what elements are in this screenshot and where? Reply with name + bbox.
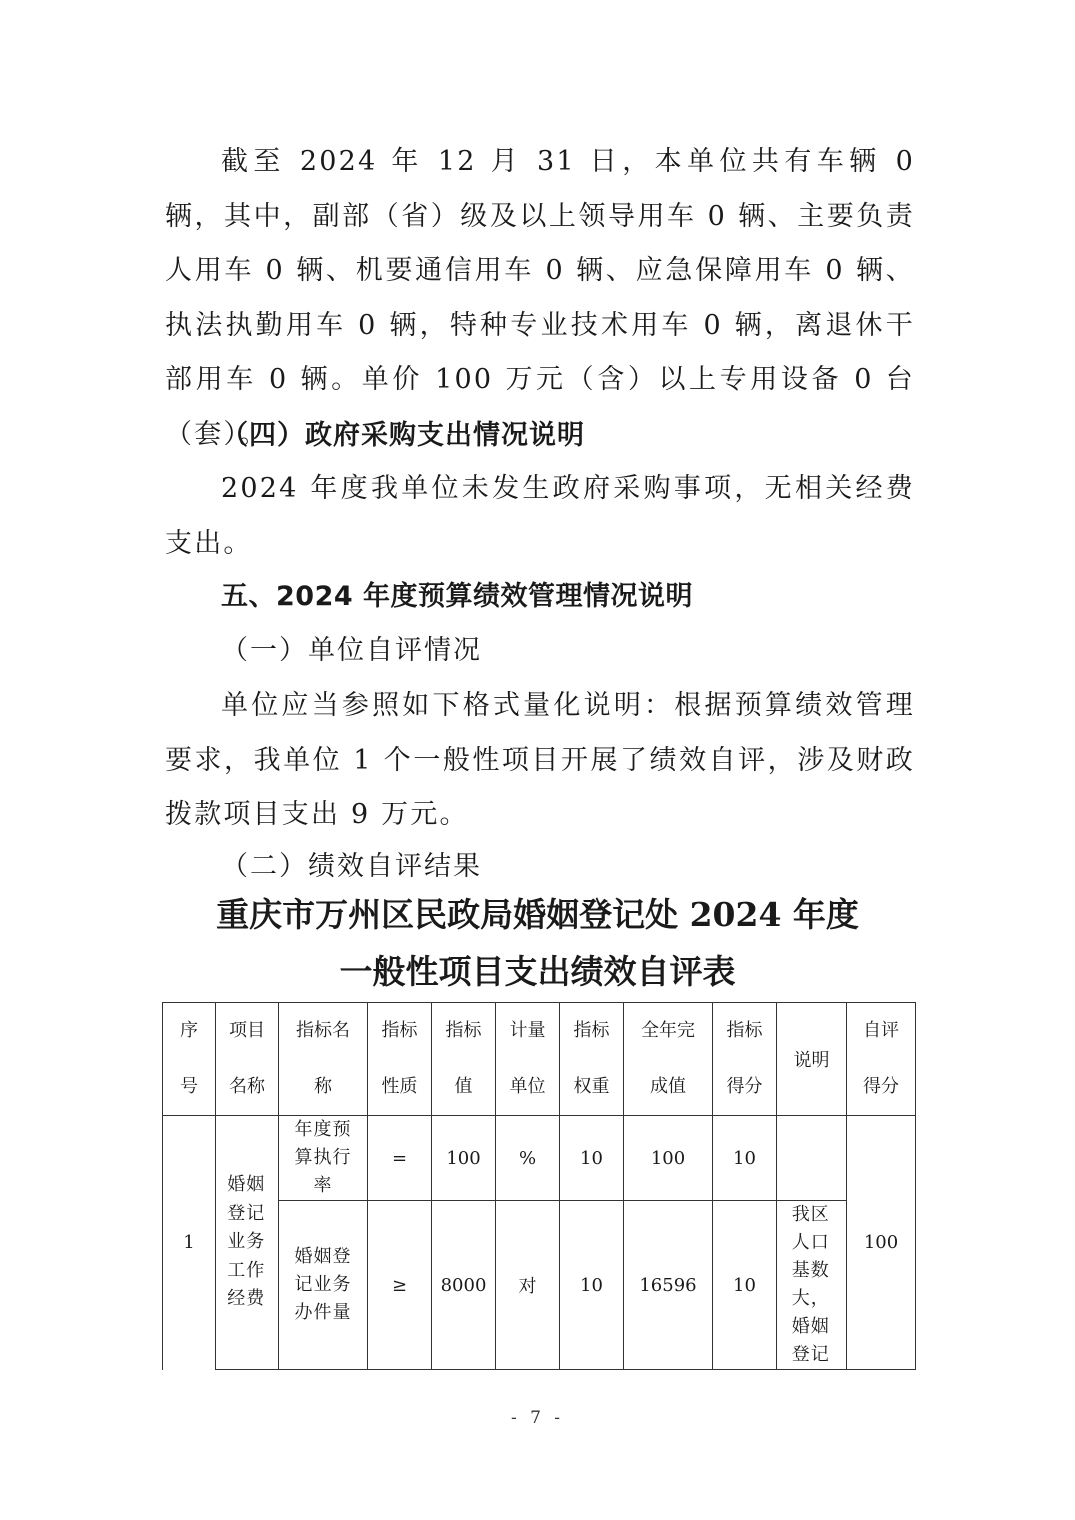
header-actual-value: 全年完成值 — [624, 1003, 713, 1116]
project-name-cell: 婚姻登记业务工作经费 — [216, 1116, 279, 1370]
unit-cell: 对 — [496, 1201, 560, 1370]
procurement-heading: （四）政府采购支出情况说明 — [221, 416, 585, 456]
nature-cell: = — [368, 1116, 432, 1201]
nature-cell: ≥ — [368, 1201, 432, 1370]
table-title-line1: 重庆市万州区民政局婚姻登记处 2024 年度 — [0, 893, 1075, 937]
header-weight: 指标权重 — [560, 1003, 624, 1116]
indicator-name-cell: 年度预算执行率 — [279, 1116, 368, 1201]
header-indicator-score: 指标得分 — [713, 1003, 777, 1116]
note-cell: 我区人口基数大，婚姻登记 — [777, 1201, 847, 1370]
score-cell: 10 — [713, 1116, 777, 1201]
header-indicator-value: 指标值 — [432, 1003, 496, 1116]
procurement-paragraph: 2024 年度我单位未发生政府采购事项，无相关经费支出。 — [165, 462, 915, 571]
table-row: 1 婚姻登记业务工作经费 年度预算执行率 = 100 % 10 100 10 1… — [163, 1116, 916, 1201]
unit-cell: % — [496, 1116, 560, 1201]
seq-cell: 1 — [163, 1116, 216, 1370]
table-header-row: 序号 项目名称 指标名称 指标性质 指标值 计量单位 指标权重 全年完成值 指标… — [163, 1003, 916, 1116]
score-cell: 10 — [713, 1201, 777, 1370]
vehicles-paragraph: 截至 2024 年 12 月 31 日，本单位共有车辆 0 辆，其中，副部（省）… — [165, 135, 915, 462]
self-eval-heading: （一）单位自评情况 — [221, 631, 482, 671]
table-title-line2: 一般性项目支出绩效自评表 — [0, 950, 1075, 994]
actual-value-cell: 16596 — [624, 1201, 713, 1370]
actual-value-cell: 100 — [624, 1116, 713, 1201]
self-score-cell: 100 — [847, 1116, 916, 1370]
target-value-cell: 100 — [432, 1116, 496, 1201]
performance-eval-table: 序号 项目名称 指标名称 指标性质 指标值 计量单位 指标权重 全年完成值 指标… — [162, 1002, 916, 1370]
performance-heading: 五、2024 年度预算绩效管理情况说明 — [221, 577, 693, 617]
self-eval-result-heading: （二）绩效自评结果 — [221, 847, 482, 887]
header-indicator-name: 指标名称 — [279, 1003, 368, 1116]
header-seq: 序号 — [163, 1003, 216, 1116]
header-indicator-nature: 指标性质 — [368, 1003, 432, 1116]
note-cell — [777, 1116, 847, 1201]
header-self-score: 自评得分 — [847, 1003, 916, 1116]
header-project-name: 项目名称 — [216, 1003, 279, 1116]
header-unit: 计量单位 — [496, 1003, 560, 1116]
page-number: - 7 - — [0, 1408, 1075, 1428]
weight-cell: 10 — [560, 1116, 624, 1201]
header-note: 说明 — [777, 1003, 847, 1116]
self-eval-paragraph: 单位应当参照如下格式量化说明：根据预算绩效管理要求，我单位 1 个一般性项目开展… — [165, 679, 915, 843]
indicator-name-cell: 婚姻登记业务办件量 — [279, 1201, 368, 1370]
target-value-cell: 8000 — [432, 1201, 496, 1370]
weight-cell: 10 — [560, 1201, 624, 1370]
